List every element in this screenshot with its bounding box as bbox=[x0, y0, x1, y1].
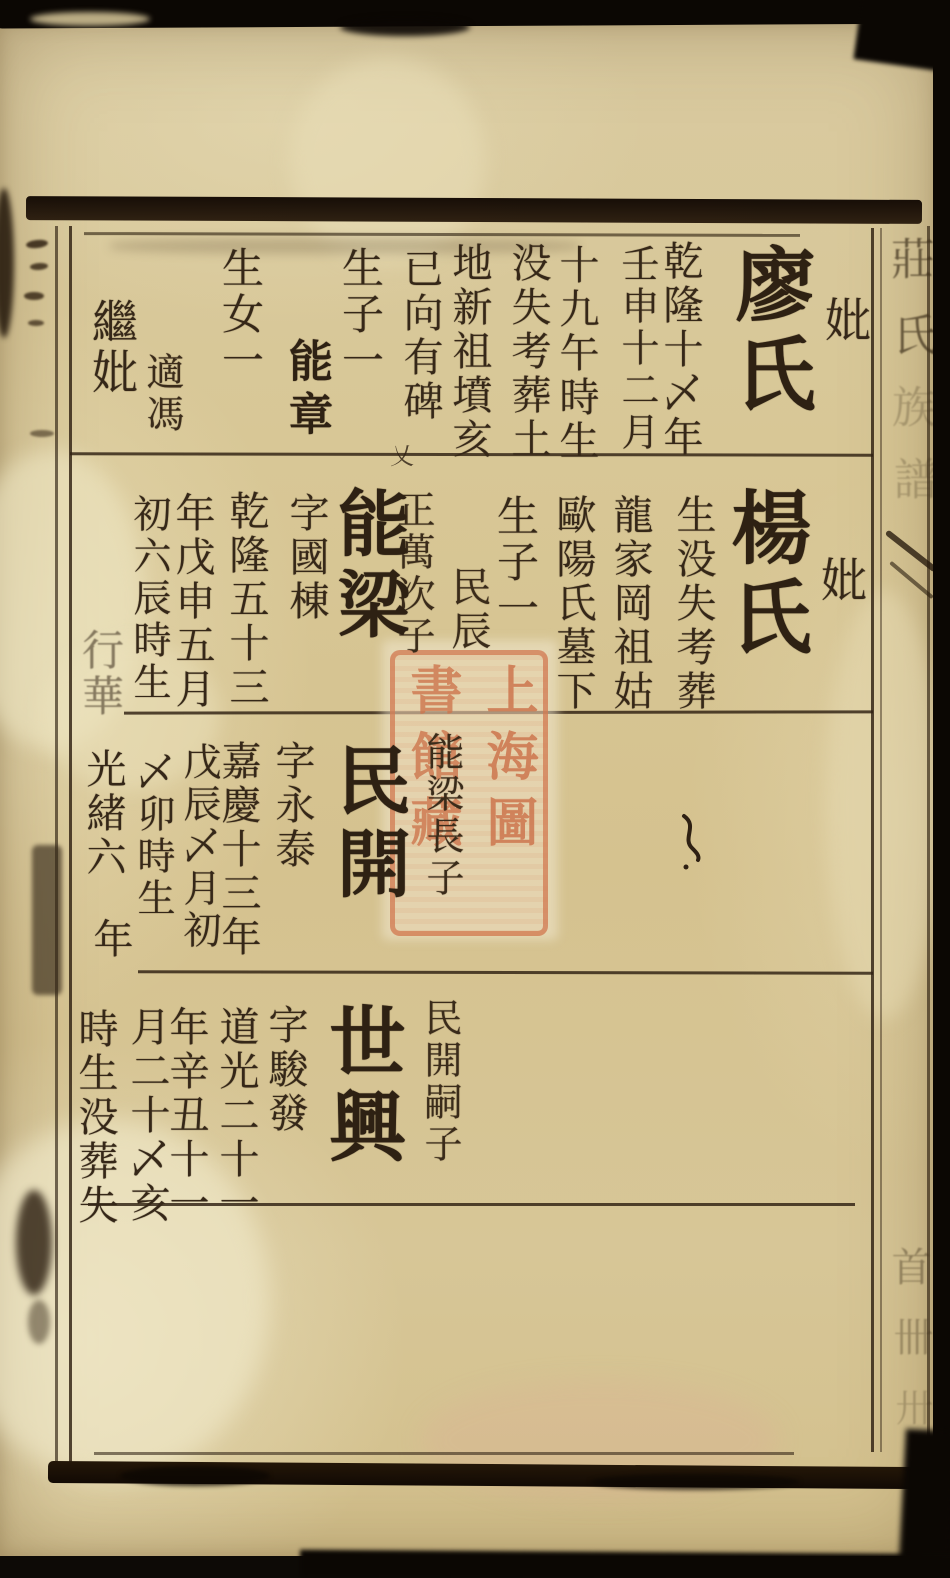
gutter-title-char: 氏 bbox=[888, 312, 932, 356]
table-left-border-inner bbox=[69, 226, 72, 1478]
row2-name-minchen: 民辰 bbox=[448, 566, 488, 654]
son-name-nengzhang: 能章 bbox=[284, 338, 328, 444]
ink-squiggle bbox=[676, 812, 710, 872]
gutter-page-char: 首 bbox=[888, 1246, 928, 1286]
row1-birth-day-hour: 十九午時生 bbox=[556, 244, 596, 464]
wife-surname-yang: 楊氏 bbox=[724, 486, 804, 664]
wife-surname-liao: 廖氏 bbox=[728, 243, 808, 421]
row4-birth-year-month: 年辛丑十一 bbox=[166, 1006, 206, 1226]
scan-edge-bottom bbox=[300, 1550, 950, 1578]
row1-birth-year-month: 壬申十二月 bbox=[618, 244, 656, 454]
row4-birth-day: 月二十乄亥 bbox=[127, 1006, 167, 1226]
scan-edge-top bbox=[0, 0, 950, 29]
gutter-title-char: 譜 bbox=[889, 456, 933, 500]
row1-heading-bi: 妣 bbox=[822, 296, 868, 346]
table-right-border-mid bbox=[880, 228, 882, 1452]
gutter-page-char: 卅 bbox=[892, 1388, 930, 1426]
row1-death-burial-2: 地新祖墳亥 bbox=[449, 242, 489, 462]
row1-grave-orientation: 已向有碑 bbox=[400, 248, 440, 424]
row4-lineage-note: 民開嗣子 bbox=[421, 998, 459, 1166]
row2-dates-unknown: 生没失考葬 bbox=[673, 494, 713, 714]
row4-courtesy-name: 字駿發 bbox=[265, 1004, 305, 1136]
library-seal: 書館藏 上海圖 bbox=[390, 650, 548, 936]
row1-remarried-note: 適馮 bbox=[143, 352, 181, 436]
main-name-minkai: 民開 bbox=[331, 742, 405, 908]
row3-birth-era: 嘉慶十三年 bbox=[218, 740, 258, 960]
row3-death-era: 光緒六 bbox=[83, 748, 123, 880]
gutter-page-char: 卌 bbox=[890, 1316, 930, 1356]
row2-courtesy-name: 字國棟 bbox=[286, 492, 326, 624]
scan-edge-right bbox=[933, 0, 950, 1578]
row3-birth-year-month: 戊辰乄月初 bbox=[180, 742, 218, 952]
row3-birth-hour: 乄卯時生 bbox=[134, 752, 172, 920]
gutter-title-char: 莊 bbox=[886, 236, 930, 280]
row2-burial-place-1: 龍家岡祖姑 bbox=[610, 494, 650, 714]
row3-lineage-note: 能梁長子 bbox=[423, 732, 461, 900]
row2-burial-place-2: 歐陽氏墓下 bbox=[553, 494, 593, 714]
row2-birth-day-hour: 初六辰時生 bbox=[130, 494, 168, 704]
row1-death-burial-1: 没失考葬土 bbox=[508, 242, 548, 462]
main-name-nengliang: 能梁 bbox=[332, 486, 404, 648]
row1-daughters-count: 生女一 bbox=[219, 246, 261, 384]
table-left-border-outer bbox=[55, 226, 58, 1478]
row2-heading-bi: 妣 bbox=[818, 556, 864, 606]
row2-birth-year-month: 年戊申五月 bbox=[172, 492, 212, 712]
row2-birth-era: 乾隆五十三 bbox=[226, 490, 266, 710]
row1-successor-wife: 繼妣 bbox=[89, 298, 135, 398]
table-right-border-inner bbox=[871, 228, 874, 1452]
row3-death-year-char: 年 bbox=[90, 918, 130, 962]
row3-courtesy-name: 字永泰 bbox=[272, 740, 312, 872]
gutter-title-char: 族 bbox=[887, 384, 931, 428]
divider-ink-mark: 乂 bbox=[390, 436, 414, 471]
row4-birth-era: 道光二十一 bbox=[216, 1006, 256, 1226]
row2-faint-column: 行華 bbox=[79, 628, 121, 720]
table-top-border bbox=[26, 196, 922, 224]
table-bottom-inner-line bbox=[94, 1452, 794, 1455]
row1-sons-count: 生子一 bbox=[339, 246, 381, 384]
row2-sons-count: 生子一 bbox=[494, 494, 536, 632]
row1-birth-era: 乾隆十乄年 bbox=[660, 240, 700, 460]
main-name-shixing: 世興 bbox=[323, 1002, 399, 1172]
row4-death-unknown: 時生没葬失 bbox=[75, 1008, 115, 1228]
seal-right-column: 上海圖 bbox=[481, 663, 533, 923]
scanned-genealogy-page: 書館藏 上海圖 妣 廖氏 乾隆十乄年 壬申十二月 十九午時生 没失考葬土 地新祖… bbox=[0, 0, 950, 1578]
